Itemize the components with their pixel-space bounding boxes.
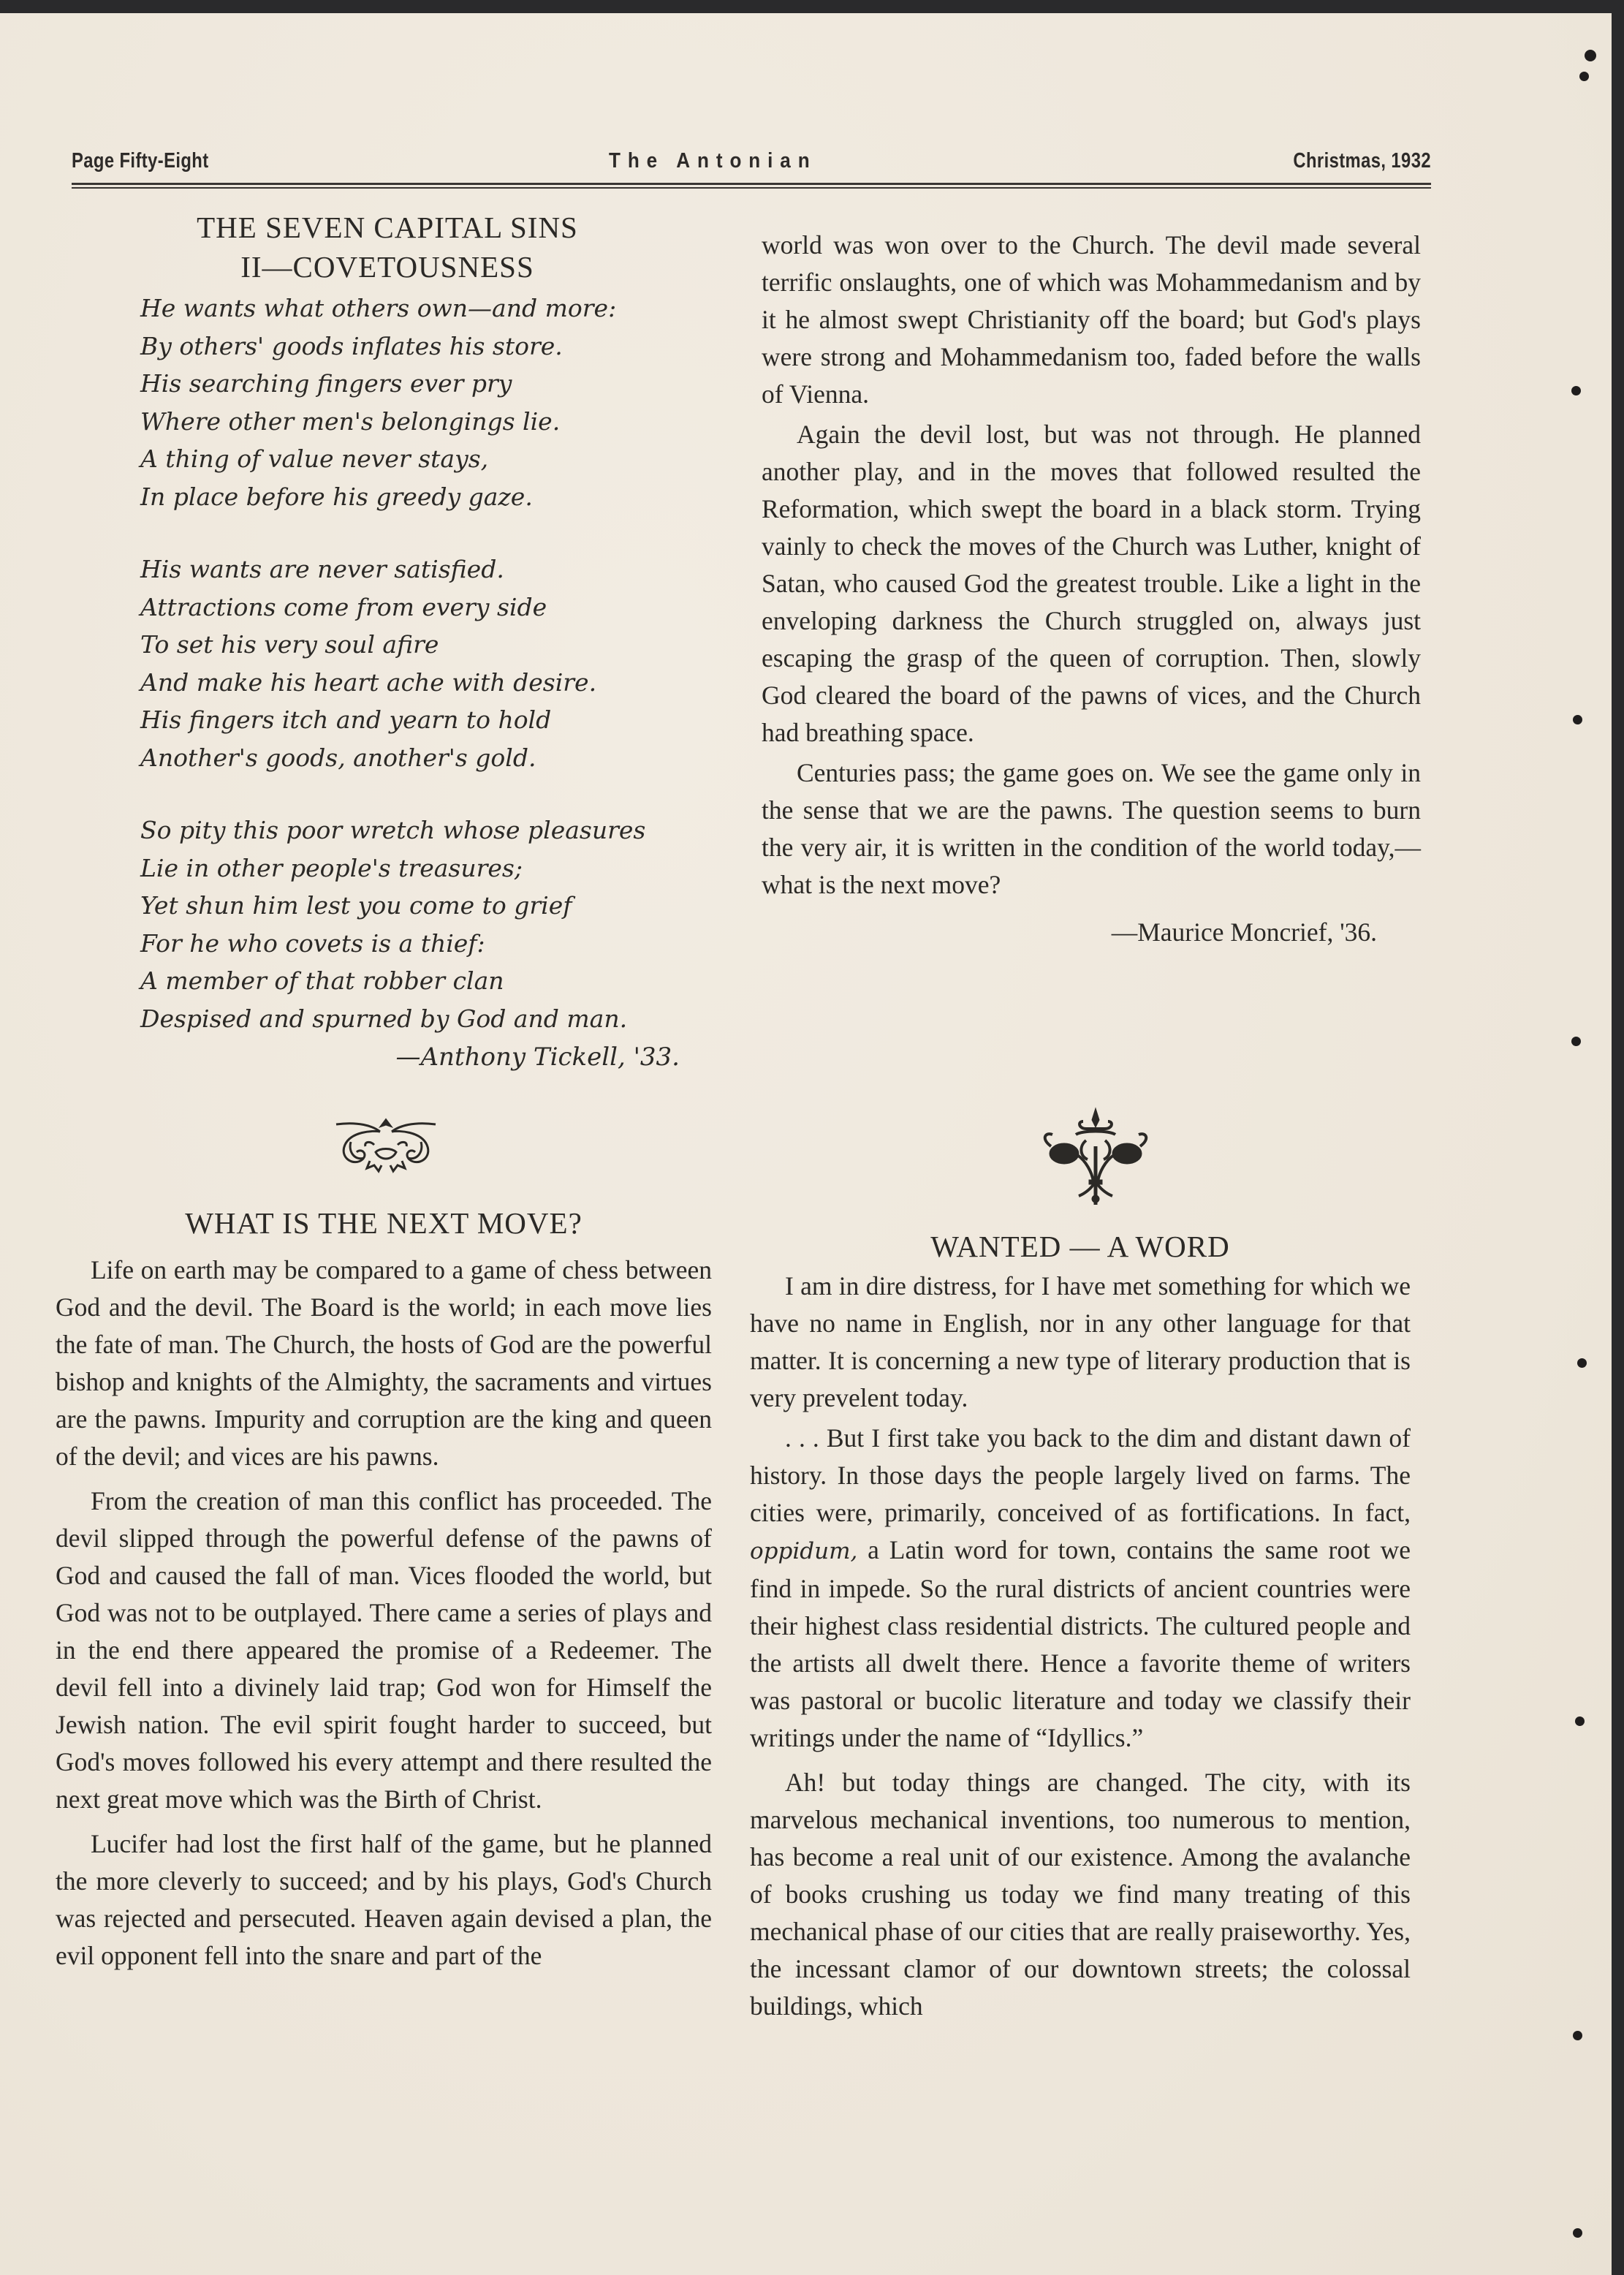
publication-title: The Antonian [609,149,817,173]
article-next-move-left: WHAT IS THE NEXT MOVE? Life on earth may… [56,1203,712,1975]
paragraph-text: a Latin word for town, contains the same… [750,1535,1411,1752]
article-paragraph: Again the devil lost, but was not throug… [762,416,1421,752]
article-paragraph: Life on earth may be compared to a game … [56,1252,712,1475]
poem-stanza: His wants are never satisfied. Attractio… [140,550,709,776]
fleur-ornament-icon [1035,1102,1156,1212]
poem-section: THE SEVEN CAPITAL SINS II—COVETOUSNESS H… [132,208,709,1077]
poem-line: Yet shun him lest you come to grief [140,887,709,925]
binding-hole [1577,1358,1587,1368]
poem-line: So pity this poor wretch whose pleasures [140,811,709,849]
binding-hole [1573,2031,1582,2040]
article-paragraph: world was won over to the Church. The de… [762,227,1421,413]
poem-line: A member of that robber clan [140,962,709,1000]
article-title-next-move: WHAT IS THE NEXT MOVE? [56,1203,712,1243]
article-title-wanted-word: WANTED — A WORD [750,1227,1411,1266]
poem-line: For he who covets is a thief: [140,925,709,963]
poem-line: His wants are never satisfied. [140,550,709,588]
magazine-page: Page Fifty-Eight The Antonian Christmas,… [0,13,1612,2275]
header-double-rule [72,183,1431,190]
article-paragraph: I am in dire distress, for I have met so… [750,1268,1411,1417]
poem-line: A thing of value never stays, [140,440,709,478]
latin-term: oppidum, [750,1538,857,1564]
binding-hole [1571,1037,1581,1046]
poem-author-signature: —Anthony Tickell, '33. [140,1039,709,1077]
scroll-ornament-icon [329,1116,443,1174]
binding-hole [1573,2228,1582,2238]
poem-line: By others' goods inflates his store. [140,328,709,366]
binding-hole [1573,715,1582,724]
article-paragraph: . . . But I first take you back to the d… [750,1420,1411,1757]
poem-line: Despised and spurned by God and man. [140,1000,709,1038]
poem-line: To set his very soul afire [140,626,709,664]
article-paragraph: From the creation of man this conflict h… [56,1483,712,1818]
article-wanted-word: WANTED — A WORD I am in dire distress, f… [750,1227,1411,2025]
binding-hole [1571,386,1581,395]
poem-line: In place before his greedy gaze. [140,478,709,516]
poem-line: He wants what others own—and more: [140,289,709,328]
article-paragraph: Lucifer had lost the first half of the g… [56,1825,712,1975]
article-paragraph: Ah! but today things are changed. The ci… [750,1764,1411,2025]
paragraph-text: . . . But I first take you back to the d… [750,1423,1411,1527]
article-paragraph: Centuries pass; the game goes on. We see… [762,754,1421,904]
page-number-label: Page Fifty-Eight [72,149,209,173]
issue-date: Christmas, 1932 [1293,149,1431,173]
binding-hole [1585,50,1596,61]
poem-line: And make his heart ache with desire. [140,664,709,702]
poem-stanza: He wants what others own—and more: By ot… [140,289,709,515]
poem-title: THE SEVEN CAPITAL SINS II—COVETOUSNESS [132,208,643,287]
poem-line: Another's goods, another's gold. [140,739,709,777]
poem-line: His fingers itch and yearn to hold [140,701,709,739]
poem-title-line-1: THE SEVEN CAPITAL SINS [197,211,578,244]
poem-title-line-2: II—COVETOUSNESS [240,250,534,284]
poem-line: His searching fingers ever pry [140,365,709,403]
article-next-move-right: world was won over to the Church. The de… [762,227,1421,951]
poem-line: Attractions come from every side [140,588,709,627]
poem-line: Lie in other people's treasures; [140,849,709,887]
article-author-signature: —Maurice Moncrief, '36. [762,914,1421,951]
poem-body: He wants what others own—and more: By ot… [132,289,709,1077]
binding-hole [1575,1716,1585,1726]
binding-hole [1579,72,1589,81]
poem-line: Where other men's belongings lie. [140,403,709,441]
poem-stanza: So pity this poor wretch whose pleasures… [140,811,709,1037]
